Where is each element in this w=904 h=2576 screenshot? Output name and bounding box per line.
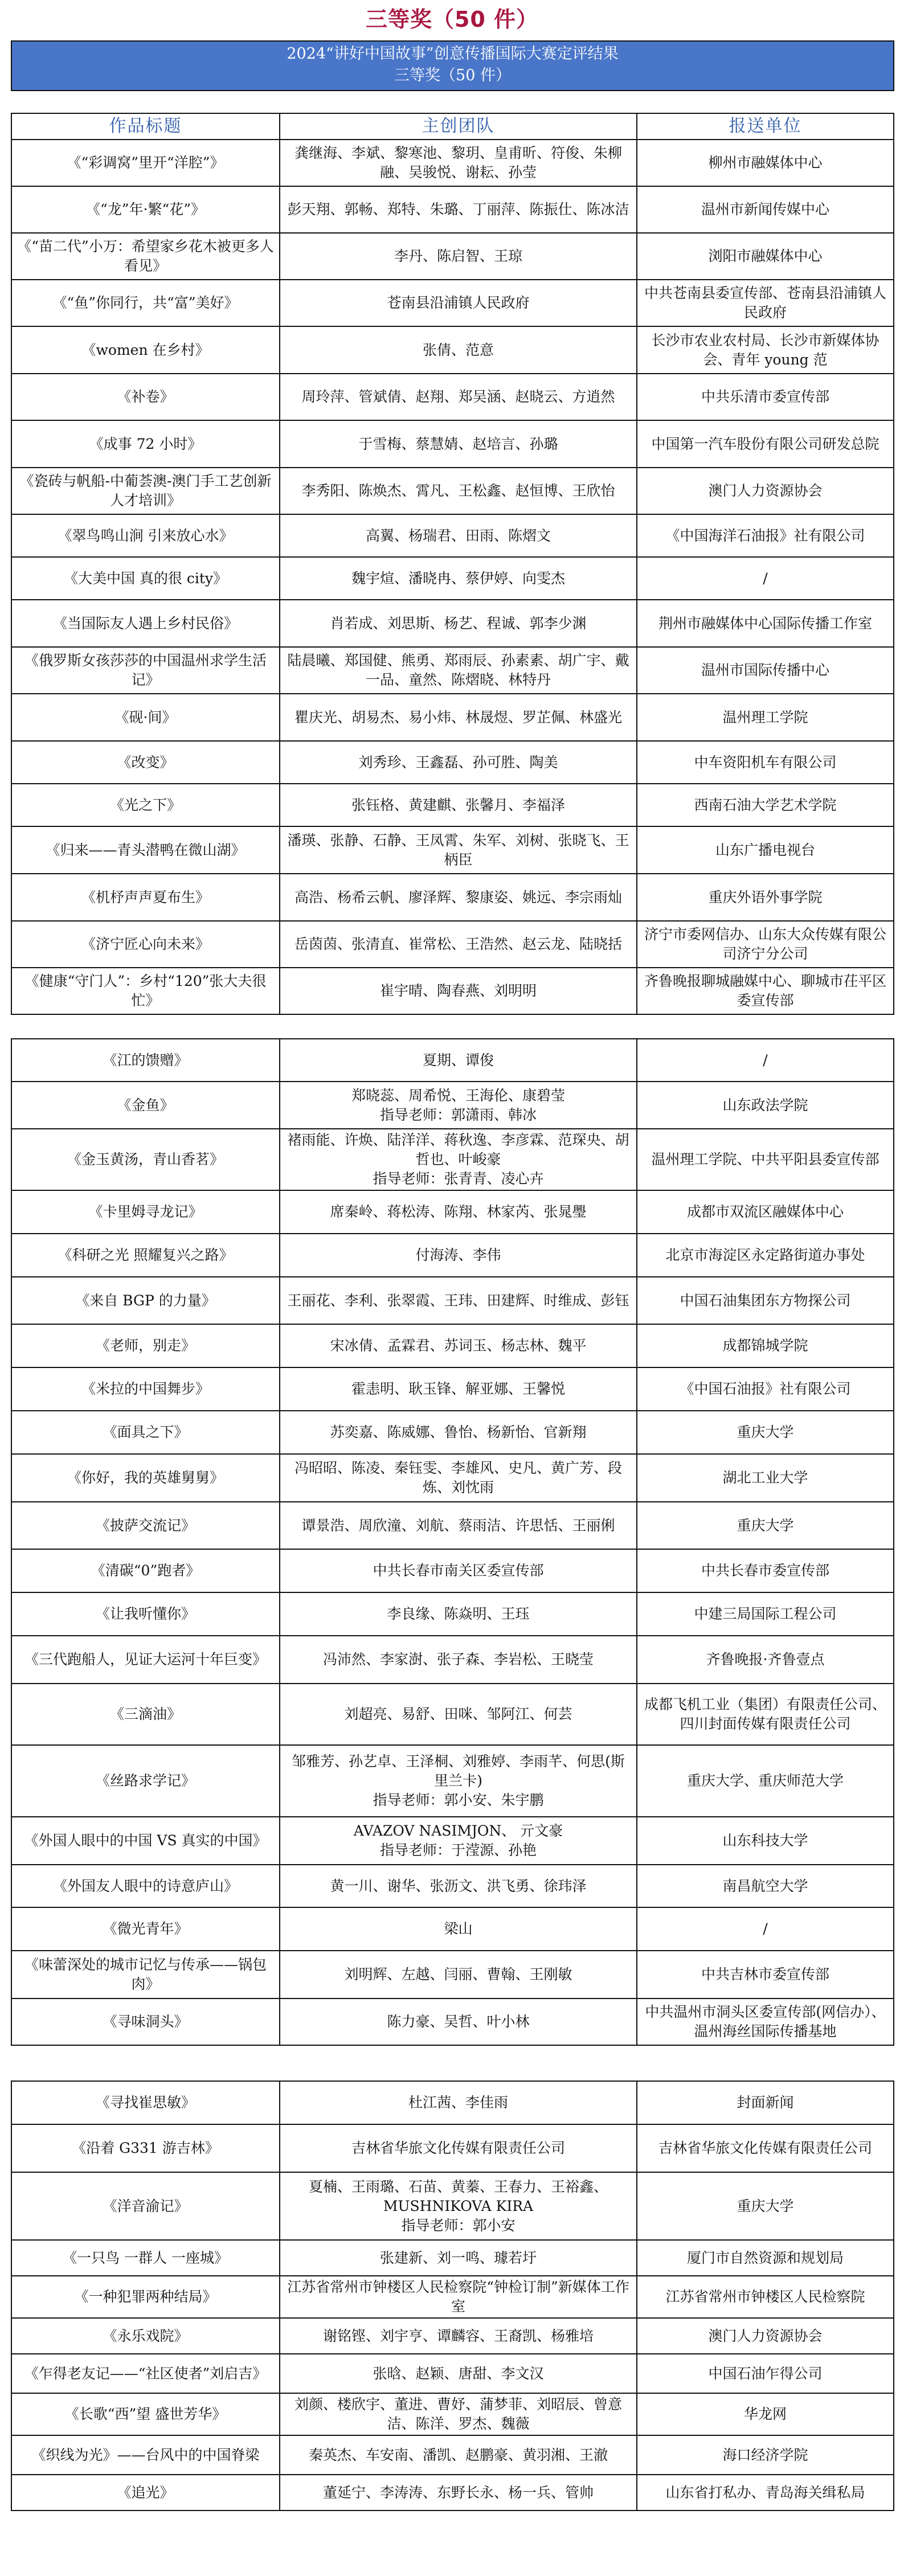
work-title-header: 作品标题 — [11, 113, 280, 140]
submitting-unit-cell: 西南石油大学艺术学院 — [637, 784, 894, 826]
team-cell: 李丹、陈启智、王琼 — [280, 233, 637, 280]
team-cell: 席秦岭、蒋松涛、陈翔、林家芮、张晁璺 — [280, 1190, 637, 1234]
submitting-unit-cell: 山东政法学院 — [637, 1082, 894, 1129]
team-cell: 张建新、刘一鸣、璩若圩 — [280, 2240, 637, 2276]
work-title-cell: 《永乐戏院》 — [11, 2318, 280, 2354]
team-cell: 张倩、范意 — [280, 326, 637, 374]
team-cell: 谢铭铿、刘宇亨、谭麟容、王裔凯、杨雅培 — [280, 2318, 637, 2354]
submitting-unit-cell: 荆州市融媒体中心国际传播工作室 — [637, 600, 894, 647]
submitting-unit-cell: 北京市海淀区永定路街道办事处 — [637, 1234, 894, 1277]
team-cell: 夏楠、王雨璐、石苗、黄蓁、王春力、王裕鑫、MUSHNIKOVA KIRA指导老师… — [280, 2172, 637, 2240]
team-line: 张倩、范意 — [285, 341, 632, 360]
work-title-cell: 《外国人眼中的中国 VS 真实的中国》 — [11, 1817, 280, 1865]
work-title-cell: 《健康“守门人”：乡村“120”张大夫很忙》 — [11, 968, 280, 1014]
table-row: 《三代跑船人，见证大运河十年巨变》冯沛然、李家澍、张子森、李岩松、王晓莹齐鲁晚报… — [11, 1636, 894, 1684]
table-row: 《俄罗斯女孩莎莎的中国温州求学生活记》陆晨曦、郑国健、熊勇、郑雨辰、孙素素、胡广… — [11, 647, 894, 694]
submitting-unit-cell: 齐鲁晚报·齐鲁壹点 — [637, 1636, 894, 1684]
work-title-cell: 《“龙”年·繁“花”》 — [11, 186, 280, 233]
team-cell: 刘秀珍、王鑫磊、孙可胜、陶美 — [280, 741, 637, 784]
table-row: 《卡里姆寻龙记》席秦岭、蒋松涛、陈翔、林家芮、张晁璺成都市双流区融媒体中心 — [11, 1190, 894, 1234]
table-row: 《让我听懂你》李良缘、陈焱明、王珏中建三局国际工程公司 — [11, 1592, 894, 1636]
team-cell: 霍恚明、耿玉锋、解亚娜、王馨悦 — [280, 1367, 637, 1411]
work-title-cell: 《寻味洞头》 — [11, 1998, 280, 2045]
submitting-unit-cell: 中国第一汽车股份有限公司研发总院 — [637, 420, 894, 468]
team-line: 郑晓蕊、周希悦、王海伦、康碧莹 — [285, 1086, 632, 1105]
submitting-unit-cell: 柳州市融媒体中心 — [637, 140, 894, 186]
work-title-cell: 《“鱼”你同行，共“富”美好》 — [11, 280, 280, 326]
submitting-unit-cell: / — [637, 1039, 894, 1082]
table-row: 《长歌“西”望 盛世芳华》刘颜、楼欣宇、董进、曹妤、蒲梦菲、刘昭辰、曾意洁、陈洋… — [11, 2393, 894, 2435]
submitting-unit-cell: 江苏省常州市钟楼区人民检察院 — [637, 2276, 894, 2318]
table-row: 《women 在乡村》张倩、范意长沙市农业农村局、长沙市新媒体协会、青年 you… — [11, 326, 894, 374]
team-line: 高翼、杨瑞君、田雨、陈熠文 — [285, 526, 632, 546]
team-line: 张钰格、黄建麒、张馨月、李福泽 — [285, 796, 632, 815]
team-cell: 刘颜、楼欣宇、董进、曹妤、蒲梦菲、刘昭辰、曾意洁、陈洋、罗杰、魏薇 — [280, 2393, 637, 2435]
team-cell: 郑晓蕊、周希悦、王海伦、康碧莹指导老师：郭潇雨、韩冰 — [280, 1082, 637, 1129]
work-title-cell: 《微光青年》 — [11, 1907, 280, 1951]
submitting-unit-cell: 封面新闻 — [637, 2081, 894, 2124]
team-line: 夏期、谭俊 — [285, 1051, 632, 1070]
table-row: 《微光青年》梁山/ — [11, 1907, 894, 1951]
team-line: 夏楠、王雨璐、石苗、黄蓁、王春力、王裕鑫、 — [285, 2177, 632, 2197]
table-row: 《永乐戏院》谢铭铿、刘宇亨、谭麟容、王裔凯、杨雅培澳门人力资源协会 — [11, 2318, 894, 2354]
table-row: 《丝路求学记》邹雅芳、孙艺卓、王泽桐、刘雅婷、李雨芊、何思(斯里兰卡)指导老师：… — [11, 1745, 894, 1817]
team-line: 陆晨曦、郑国健、熊勇、郑雨辰、孙素素、胡广宇、戴一品、童然、陈熠晓、林特丹 — [285, 651, 632, 690]
work-title-cell: 《米拉的中国舞步》 — [11, 1367, 280, 1411]
team-cell: 梁山 — [280, 1907, 637, 1951]
table-row: 《当国际友人遇上乡村民俗》肖若成、刘思斯、杨艺、程诚、郭李少渊荆州市融媒体中心国… — [11, 600, 894, 647]
team-line: 张建新、刘一鸣、璩若圩 — [285, 2249, 632, 2268]
team-line: 梁山 — [285, 1919, 632, 1939]
submitting-unit-cell: 厦门市自然资源和规划局 — [637, 2240, 894, 2276]
team-cell: 付海涛、李伟 — [280, 1234, 637, 1277]
submitting-unit-cell: 中共温州市洞头区委宣传部(网信办）、温州海丝国际传播基地 — [637, 1998, 894, 2045]
table-row: 《追光》董延宁、李涛涛、东野长永、杨一兵、管帅山东省打私办、青岛海关缉私局 — [11, 2475, 894, 2511]
team-line: 吉林省华旅文化传媒有限责任公司 — [285, 2139, 632, 2158]
table-row: 《“彩调窝”里开“洋腔”》龚继海、李斌、黎寒池、黎玥、皇甫昕、符俊、朱柳融、吴骏… — [11, 140, 894, 186]
team-cell: 董延宁、李涛涛、东野长永、杨一兵、管帅 — [280, 2475, 637, 2511]
team-cell: 黄一川、谢华、张沥文、洪飞勇、徐玮泽 — [280, 1865, 637, 1907]
team-cell: 周玲萍、管斌倩、赵翔、郑吴涵、赵晓云、方逍然 — [280, 374, 637, 420]
table-row: 《一种犯罪两种结局》江苏省常州市钟楼区人民检察院“钟检订制”新媒体工作室江苏省常… — [11, 2276, 894, 2318]
work-title-cell: 《成事 72 小时》 — [11, 420, 280, 468]
table-row: 《机杼声声夏布生》高浩、杨希云帆、廖泽辉、黎康姿、姚远、李宗雨灿重庆外语外事学院 — [11, 874, 894, 921]
submitting-unit-cell: 澳门人力资源协会 — [637, 468, 894, 514]
work-title-cell: 《科研之光 照耀复兴之路》 — [11, 1234, 280, 1277]
page-title: 三等奖（50 件） — [0, 6, 904, 33]
team-cell: 苏奕嘉、陈威娜、鲁怡、杨新怡、官新翔 — [280, 1411, 637, 1454]
submitting-unit-cell: 中国石油集团东方物探公司 — [637, 1277, 894, 1324]
team-cell: 中共长春市南关区委宣传部 — [280, 1549, 637, 1592]
team-cell: 秦英杰、车安南、潘凯、赵鹏豪、黄羽湘、王澈 — [280, 2435, 637, 2475]
team-line: 中共长春市南关区委宣传部 — [285, 1561, 632, 1580]
team-line: 李秀阳、陈焕杰、霄凡、王松鑫、赵恒博、王欣怡 — [285, 481, 632, 501]
table-row: 《乍得老友记——“社区使者”刘启吉》张晗、赵颖、唐甜、李文汉中国石油乍得公司 — [11, 2354, 894, 2393]
team-line: 指导老师：于滢源、孙艳 — [285, 1841, 632, 1860]
team-header: 主创团队 — [280, 113, 637, 140]
team-line: 彭天翔、郭畅、郑特、朱璐、丁丽萍、陈振仕、陈冰洁 — [285, 200, 632, 219]
team-line: 指导老师：郭小安 — [285, 2216, 632, 2235]
submitting-unit-cell: 中国石油乍得公司 — [637, 2354, 894, 2393]
team-cell: 李秀阳、陈焕杰、霄凡、王松鑫、赵恒博、王欣怡 — [280, 468, 637, 514]
submitting-unit-cell: 浏阳市融媒体中心 — [637, 233, 894, 280]
team-line: 刘颜、楼欣宇、董进、曹妤、蒲梦菲、刘昭辰、曾意洁、陈洋、罗杰、魏薇 — [285, 2395, 632, 2434]
submitting-unit-cell: 成都锦城学院 — [637, 1324, 894, 1367]
work-title-cell: 《三代跑船人，见证大运河十年巨变》 — [11, 1636, 280, 1684]
submitting-unit-cell: 温州市国际传播中心 — [637, 647, 894, 694]
team-line: 崔宇晴、陶春燕、刘明明 — [285, 981, 632, 1001]
submitting-unit-cell: 山东省打私办、青岛海关缉私局 — [637, 2475, 894, 2511]
team-cell: 高翼、杨瑞君、田雨、陈熠文 — [280, 514, 637, 557]
work-title-cell: 《“苗二代”小万：希望家乡花木被更多人看见》 — [11, 233, 280, 280]
team-cell: 瞿庆光、胡易杰、易小炜、林晟煜、罗芷佩、林盛光 — [280, 694, 637, 741]
work-title-cell: 《外国友人眼中的诗意庐山》 — [11, 1865, 280, 1907]
submitting-unit-cell: 济宁市委网信办、山东大众传媒有限公司济宁分公司 — [637, 921, 894, 968]
team-cell: 宋冰倩、孟霖君、苏词玉、杨志林、魏平 — [280, 1324, 637, 1367]
submitting-unit-cell: 华龙网 — [637, 2393, 894, 2435]
results-banner: 2024“讲好中国故事”创意传播国际大赛定评结果 三等奖（50 件） — [11, 40, 894, 91]
team-line: 肖若成、刘思斯、杨艺、程诚、郭李少渊 — [285, 614, 632, 633]
table-row: 《你好，我的英雄舅舅》冯昭昭、陈凌、秦钰雯、李雄风、史凡、黄广芳、段炼、刘忱雨湖… — [11, 1454, 894, 1502]
table-row: 《三滴油》刘超亮、易舒、田咪、邹阿江、何芸成都飞机工业（集团）有限责任公司、四川… — [11, 1684, 894, 1745]
table-row: 《寻味洞头》陈力豪、吴哲、叶小林中共温州市洞头区委宣传部(网信办）、温州海丝国际… — [11, 1998, 894, 2045]
team-cell: 张钰格、黄建麒、张馨月、李福泽 — [280, 784, 637, 826]
team-line: 江苏省常州市钟楼区人民检察院“钟检订制”新媒体工作室 — [285, 2278, 632, 2316]
submitting-unit-cell: 重庆外语外事学院 — [637, 874, 894, 921]
team-cell: 陆晨曦、郑国健、熊勇、郑雨辰、孙素素、胡广宇、戴一品、童然、陈熠晓、林特丹 — [280, 647, 637, 694]
submitting-unit-cell: 成都飞机工业（集团）有限责任公司、四川封面传媒有限责任公司 — [637, 1684, 894, 1745]
table-row: 《成事 72 小时》于雪梅、蔡慧婧、赵培言、孙璐中国第一汽车股份有限公司研发总院 — [11, 420, 894, 468]
team-line: 魏宇煊、潘晓冉、蔡伊婷、向雯杰 — [285, 569, 632, 588]
team-cell: 夏期、谭俊 — [280, 1039, 637, 1082]
submitting-unit-cell: 山东科技大学 — [637, 1817, 894, 1865]
team-line: 周玲萍、管斌倩、赵翔、郑吴涵、赵晓云、方逍然 — [285, 387, 632, 407]
submitting-unit-cell: 《中国海洋石油报》社有限公司 — [637, 514, 894, 557]
work-title-cell: 《织线为光》——台风中的中国脊梁 — [11, 2435, 280, 2475]
submitting-unit-cell: 澳门人力资源协会 — [637, 2318, 894, 2354]
table-row: 《改变》刘秀珍、王鑫磊、孙可胜、陶美中车资阳机车有限公司 — [11, 741, 894, 784]
submitting-unit-cell: 重庆大学 — [637, 1411, 894, 1454]
team-line: 董延宁、李涛涛、东野长永、杨一兵、管帅 — [285, 2483, 632, 2503]
team-line: 指导老师：郭潇雨、韩冰 — [285, 1105, 632, 1125]
work-title-cell: 《乍得老友记——“社区使者”刘启吉》 — [11, 2354, 280, 2393]
team-cell: 刘超亮、易舒、田咪、邹阿江、何芸 — [280, 1684, 637, 1745]
submitting-unit-cell: 齐鲁晚报聊城融媒中心、聊城市茌平区委宣传部 — [637, 968, 894, 1014]
team-line: MUSHNIKOVA KIRA — [285, 2197, 632, 2216]
work-title-cell: 《机杼声声夏布生》 — [11, 874, 280, 921]
submitting-unit-cell: 中建三局国际工程公司 — [637, 1592, 894, 1636]
submitting-unit-cell: 吉林省华旅文化传媒有限责任公司 — [637, 2124, 894, 2172]
table-row: 《沿着 G331 游吉林》吉林省华旅文化传媒有限责任公司吉林省华旅文化传媒有限责… — [11, 2124, 894, 2172]
team-line: 李丹、陈启智、王琼 — [285, 247, 632, 266]
work-title-cell: 《翠鸟鸣山涧 引来放心水》 — [11, 514, 280, 557]
team-line: 岳茵茵、张清直、崔常松、王浩然、赵云龙、陆晓括 — [285, 935, 632, 954]
table-row: 《洋音渝记》夏楠、王雨璐、石苗、黄蓁、王春力、王裕鑫、MUSHNIKOVA KI… — [11, 2172, 894, 2240]
team-line: 龚继海、李斌、黎寒池、黎玥、皇甫昕、符俊、朱柳融、吴骏悦、谢耘、孙莹 — [285, 144, 632, 182]
team-line: 宋冰倩、孟霖君、苏词玉、杨志林、魏平 — [285, 1336, 632, 1355]
work-title-cell: 《俄罗斯女孩莎莎的中国温州求学生活记》 — [11, 647, 280, 694]
work-title-cell: 《金鱼》 — [11, 1082, 280, 1129]
work-title-cell: 《金玉黄汤，青山香茗》 — [11, 1129, 280, 1190]
submitting-unit-cell: 重庆大学、重庆师范大学 — [637, 1745, 894, 1817]
table-row: 《光之下》张钰格、黄建麒、张馨月、李福泽西南石油大学艺术学院 — [11, 784, 894, 826]
team-line: 邹雅芳、孙艺卓、王泽桐、刘雅婷、李雨芊、何思(斯里兰卡) — [285, 1752, 632, 1791]
team-line: 王丽花、李利、张翠霞、王玮、田建辉、时维成、彭钰 — [285, 1291, 632, 1310]
work-title-cell: 《面具之下》 — [11, 1411, 280, 1454]
work-title-cell: 《披萨交流记》 — [11, 1502, 280, 1549]
team-cell: 吉林省华旅文化传媒有限责任公司 — [280, 2124, 637, 2172]
work-title-cell: 《济宁匠心向未来》 — [11, 921, 280, 968]
table-row: 《“龙”年·繁“花”》彭天翔、郭畅、郑特、朱璐、丁丽萍、陈振仕、陈冰洁温州市新闻… — [11, 186, 894, 233]
team-line: 席秦岭、蒋松涛、陈翔、林家芮、张晁璺 — [285, 1202, 632, 1222]
work-title-cell: 《归来——青头潜鸭在微山湖》 — [11, 826, 280, 874]
submitting-unit-cell: 重庆大学 — [637, 2172, 894, 2240]
work-title-cell: 《长歌“西”望 盛世芳华》 — [11, 2393, 280, 2435]
submitting-unit-cell: 山东广播电视台 — [637, 826, 894, 874]
team-line: 谭景浩、周欣潼、刘航、蔡雨洁、许思恬、王丽俐 — [285, 1516, 632, 1535]
team-cell: 苍南县沿浦镇人民政府 — [280, 280, 637, 326]
table-row: 《织线为光》——台风中的中国脊梁秦英杰、车安南、潘凯、赵鹏豪、黄羽湘、王澈海口经… — [11, 2435, 894, 2475]
work-title-cell: 《瓷砖与帆船-中葡荟澳-澳门手工艺创新人才培训》 — [11, 468, 280, 514]
work-title-cell: 《寻找崔思敏》 — [11, 2081, 280, 2124]
submitting-unit-cell: 湖北工业大学 — [637, 1454, 894, 1502]
awards-table-segment: 《江的馈赠》夏期、谭俊/《金鱼》郑晓蕊、周希悦、王海伦、康碧莹指导老师：郭潇雨、… — [11, 1038, 894, 2046]
submitting-unit-cell: 中共吉林市委宣传部 — [637, 1951, 894, 1998]
team-line: 刘超亮、易舒、田咪、邹阿江、何芸 — [285, 1705, 632, 1724]
work-title-cell: 《补卷》 — [11, 374, 280, 420]
work-title-cell: 《一只鸟 一群人 一座城》 — [11, 2240, 280, 2276]
work-title-cell: 《来自 BGP 的力量》 — [11, 1277, 280, 1324]
team-cell: 潘瑛、张静、石静、王凤霄、朱军、刘树、张晓飞、王柄臣 — [280, 826, 637, 874]
table-row: 《科研之光 照耀复兴之路》付海涛、李伟北京市海淀区永定路街道办事处 — [11, 1234, 894, 1277]
team-cell: 张晗、赵颖、唐甜、李文汉 — [280, 2354, 637, 2393]
work-title-cell: 《砚·间》 — [11, 694, 280, 741]
team-line: 于雪梅、蔡慧婧、赵培言、孙璐 — [285, 435, 632, 454]
submitting-unit-cell: 南昌航空大学 — [637, 1865, 894, 1907]
work-title-cell: 《当国际友人遇上乡村民俗》 — [11, 600, 280, 647]
team-cell: 刘明辉、左越、闫丽、曹翰、王刚敏 — [280, 1951, 637, 1998]
team-line: 冯沛然、李家澍、张子森、李岩松、王晓莹 — [285, 1650, 632, 1669]
work-title-cell: 《你好，我的英雄舅舅》 — [11, 1454, 280, 1502]
work-title-cell: 《洋音渝记》 — [11, 2172, 280, 2240]
table-row: 《米拉的中国舞步》霍恚明、耿玉锋、解亚娜、王馨悦《中国石油报》社有限公司 — [11, 1367, 894, 1411]
submitting-unit-cell: / — [637, 1907, 894, 1951]
table-row: 《翠鸟鸣山涧 引来放心水》高翼、杨瑞君、田雨、陈熠文《中国海洋石油报》社有限公司 — [11, 514, 894, 557]
work-title-cell: 《味蕾深处的城市记忆与传承——锅包肉》 — [11, 1951, 280, 1998]
table-row: 《披萨交流记》谭景浩、周欣潼、刘航、蔡雨洁、许思恬、王丽俐重庆大学 — [11, 1502, 894, 1549]
table-row: 《金玉黄汤，青山香茗》褚雨能、许焕、陆洋洋、蒋秋逸、李彦霖、范琛央、胡哲也、叶峻… — [11, 1129, 894, 1190]
unit-header: 报送单位 — [637, 113, 894, 140]
submitting-unit-cell: 成都市双流区融媒体中心 — [637, 1190, 894, 1234]
submitting-unit-cell: 《中国石油报》社有限公司 — [637, 1367, 894, 1411]
table-row: 《味蕾深处的城市记忆与传承——锅包肉》刘明辉、左越、闫丽、曹翰、王刚敏中共吉林市… — [11, 1951, 894, 1998]
work-title-cell: 《光之下》 — [11, 784, 280, 826]
table-row: 《外国人眼中的中国 VS 真实的中国》AVAZOV NASIMJON、 亓文豪指… — [11, 1817, 894, 1865]
submitting-unit-cell: 中共长春市委宣传部 — [637, 1549, 894, 1592]
work-title-cell: 《women 在乡村》 — [11, 326, 280, 374]
team-cell: 魏宇煊、潘晓冉、蔡伊婷、向雯杰 — [280, 557, 637, 600]
submitting-unit-cell: 中车资阳机车有限公司 — [637, 741, 894, 784]
table-row: 《补卷》周玲萍、管斌倩、赵翔、郑吴涵、赵晓云、方逍然中共乐清市委宣传部 — [11, 374, 894, 420]
team-line: 瞿庆光、胡易杰、易小炜、林晟煜、罗芷佩、林盛光 — [285, 708, 632, 727]
work-title-cell: 《卡里姆寻龙记》 — [11, 1190, 280, 1234]
work-title-cell: 《三滴油》 — [11, 1684, 280, 1745]
table-row: 《一只鸟 一群人 一座城》张建新、刘一鸣、璩若圩厦门市自然资源和规划局 — [11, 2240, 894, 2276]
work-title-cell: 《改变》 — [11, 741, 280, 784]
submitting-unit-cell: 重庆大学 — [637, 1502, 894, 1549]
team-line: 指导老师：郭小安、朱宇鹏 — [285, 1791, 632, 1810]
work-title-cell: 《“彩调窝”里开“洋腔”》 — [11, 140, 280, 186]
work-title-cell: 《清碳“0”跑者》 — [11, 1549, 280, 1592]
submitting-unit-cell: 温州理工学院、中共平阳县委宣传部 — [637, 1129, 894, 1190]
submitting-unit-cell: 温州市新闻传媒中心 — [637, 186, 894, 233]
team-cell: 冯沛然、李家澍、张子森、李岩松、王晓莹 — [280, 1636, 637, 1684]
team-line: 潘瑛、张静、石静、王凤霄、朱军、刘树、张晓飞、王柄臣 — [285, 831, 632, 870]
table-row: 《面具之下》苏奕嘉、陈威娜、鲁怡、杨新怡、官新翔重庆大学 — [11, 1411, 894, 1454]
team-cell: 褚雨能、许焕、陆洋洋、蒋秋逸、李彦霖、范琛央、胡哲也、叶峻豪指导老师：张青青、凌… — [280, 1129, 637, 1190]
table-row: 《砚·间》瞿庆光、胡易杰、易小炜、林晟煜、罗芷佩、林盛光温州理工学院 — [11, 694, 894, 741]
table-row: 《瓷砖与帆船-中葡荟澳-澳门手工艺创新人才培训》李秀阳、陈焕杰、霄凡、王松鑫、赵… — [11, 468, 894, 514]
team-line: 霍恚明、耿玉锋、解亚娜、王馨悦 — [285, 1379, 632, 1399]
team-cell: 李良缘、陈焱明、王珏 — [280, 1592, 637, 1636]
team-cell: 崔宇晴、陶春燕、刘明明 — [280, 968, 637, 1014]
work-title-cell: 《一种犯罪两种结局》 — [11, 2276, 280, 2318]
submitting-unit-cell: 中共乐清市委宣传部 — [637, 374, 894, 420]
team-cell: 王丽花、李利、张翠霞、王玮、田建辉、时维成、彭钰 — [280, 1277, 637, 1324]
team-cell: 于雪梅、蔡慧婧、赵培言、孙璐 — [280, 420, 637, 468]
team-line: 陈力豪、吴哲、叶小林 — [285, 2012, 632, 2032]
team-cell: AVAZOV NASIMJON、 亓文豪指导老师：于滢源、孙艳 — [280, 1817, 637, 1865]
team-line: 黄一川、谢华、张沥文、洪飞勇、徐玮泽 — [285, 1877, 632, 1896]
team-line: 冯昭昭、陈凌、秦钰雯、李雄风、史凡、黄广芳、段炼、刘忱雨 — [285, 1459, 632, 1497]
submitting-unit-cell: 温州理工学院 — [637, 694, 894, 741]
table-row: 《外国友人眼中的诗意庐山》黄一川、谢华、张沥文、洪飞勇、徐玮泽南昌航空大学 — [11, 1865, 894, 1907]
table-row: 《济宁匠心向未来》岳茵茵、张清直、崔常松、王浩然、赵云龙、陆晓括济宁市委网信办、… — [11, 921, 894, 968]
team-line: 付海涛、李伟 — [285, 1246, 632, 1265]
team-line: 谢铭铿、刘宇亨、谭麟容、王裔凯、杨雅培 — [285, 2327, 632, 2346]
team-line: 刘秀珍、王鑫磊、孙可胜、陶美 — [285, 753, 632, 772]
team-cell: 邹雅芳、孙艺卓、王泽桐、刘雅婷、李雨芊、何思(斯里兰卡)指导老师：郭小安、朱宇鹏 — [280, 1745, 637, 1817]
table-row: 《归来——青头潜鸭在微山湖》潘瑛、张静、石静、王凤霄、朱军、刘树、张晓飞、王柄臣… — [11, 826, 894, 874]
team-line: AVAZOV NASIMJON、 亓文豪 — [285, 1821, 632, 1841]
banner-title: 2024“讲好中国故事”创意传播国际大赛定评结果 — [12, 43, 893, 65]
team-cell: 高浩、杨希云帆、廖泽辉、黎康姿、姚远、李宗雨灿 — [280, 874, 637, 921]
team-cell: 江苏省常州市钟楼区人民检察院“钟检订制”新媒体工作室 — [280, 2276, 637, 2318]
team-line: 刘明辉、左越、闫丽、曹翰、王刚敏 — [285, 1965, 632, 1984]
table-row: 《老师，别走》宋冰倩、孟霖君、苏词玉、杨志林、魏平成都锦城学院 — [11, 1324, 894, 1367]
team-line: 苏奕嘉、陈威娜、鲁怡、杨新怡、官新翔 — [285, 1423, 632, 1442]
table-row: 《清碳“0”跑者》中共长春市南关区委宣传部中共长春市委宣传部 — [11, 1549, 894, 1592]
table-row: 《寻找崔思敏》杜江茜、李佳雨封面新闻 — [11, 2081, 894, 2124]
team-cell: 陈力豪、吴哲、叶小林 — [280, 1998, 637, 2045]
team-cell: 谭景浩、周欣潼、刘航、蔡雨洁、许思恬、王丽俐 — [280, 1502, 637, 1549]
team-cell: 冯昭昭、陈凌、秦钰雯、李雄风、史凡、黄广芳、段炼、刘忱雨 — [280, 1454, 637, 1502]
work-title-cell: 《丝路求学记》 — [11, 1745, 280, 1817]
team-line: 褚雨能、许焕、陆洋洋、蒋秋逸、李彦霖、范琛央、胡哲也、叶峻豪 — [285, 1131, 632, 1169]
awards-table-segment: 《寻找崔思敏》杜江茜、李佳雨封面新闻《沿着 G331 游吉林》吉林省华旅文化传媒… — [11, 2081, 894, 2511]
team-line: 李良缘、陈焱明、王珏 — [285, 1604, 632, 1624]
banner-subtitle: 三等奖（50 件） — [12, 65, 893, 87]
work-title-cell: 《让我听懂你》 — [11, 1592, 280, 1636]
team-cell: 龚继海、李斌、黎寒池、黎玥、皇甫昕、符俊、朱柳融、吴骏悦、谢耘、孙莹 — [280, 140, 637, 186]
work-title-cell: 《江的馈赠》 — [11, 1039, 280, 1082]
table-row: 《来自 BGP 的力量》王丽花、李利、张翠霞、王玮、田建辉、时维成、彭钰中国石油… — [11, 1277, 894, 1324]
team-line: 苍南县沿浦镇人民政府 — [285, 293, 632, 313]
team-line: 指导老师：张青青、凌心卉 — [285, 1169, 632, 1189]
work-title-cell: 《追光》 — [11, 2475, 280, 2511]
table-row: 《金鱼》郑晓蕊、周希悦、王海伦、康碧莹指导老师：郭潇雨、韩冰山东政法学院 — [11, 1082, 894, 1129]
awards-table-segment: 作品标题主创团队报送单位《“彩调窝”里开“洋腔”》龚继海、李斌、黎寒池、黎玥、皇… — [11, 113, 894, 1015]
team-line: 秦英杰、车安南、潘凯、赵鹏豪、黄羽湘、王澈 — [285, 2446, 632, 2465]
table-row: 《江的馈赠》夏期、谭俊/ — [11, 1039, 894, 1082]
team-line: 杜江茜、李佳雨 — [285, 2093, 632, 2112]
team-line: 张晗、赵颖、唐甜、李文汉 — [285, 2364, 632, 2383]
team-cell: 杜江茜、李佳雨 — [280, 2081, 637, 2124]
submitting-unit-cell: 海口经济学院 — [637, 2435, 894, 2475]
team-cell: 肖若成、刘思斯、杨艺、程诚、郭李少渊 — [280, 600, 637, 647]
work-title-cell: 《老师，别走》 — [11, 1324, 280, 1367]
table-row: 《“鱼”你同行，共“富”美好》苍南县沿浦镇人民政府中共苍南县委宣传部、苍南县沿浦… — [11, 280, 894, 326]
table-row: 《“苗二代”小万：希望家乡花木被更多人看见》李丹、陈启智、王琼浏阳市融媒体中心 — [11, 233, 894, 280]
submitting-unit-cell: 中共苍南县委宣传部、苍南县沿浦镇人民政府 — [637, 280, 894, 326]
table-row: 《健康“守门人”：乡村“120”张大夫很忙》崔宇晴、陶春燕、刘明明齐鲁晚报聊城融… — [11, 968, 894, 1014]
table-header-row: 作品标题主创团队报送单位 — [11, 113, 894, 140]
work-title-cell: 《沿着 G331 游吉林》 — [11, 2124, 280, 2172]
submitting-unit-cell: / — [637, 557, 894, 600]
table-row: 《大美中国 真的很 city》魏宇煊、潘晓冉、蔡伊婷、向雯杰/ — [11, 557, 894, 600]
team-cell: 岳茵茵、张清直、崔常松、王浩然、赵云龙、陆晓括 — [280, 921, 637, 968]
work-title-cell: 《大美中国 真的很 city》 — [11, 557, 280, 600]
team-cell: 彭天翔、郭畅、郑特、朱璐、丁丽萍、陈振仕、陈冰洁 — [280, 186, 637, 233]
submitting-unit-cell: 长沙市农业农村局、长沙市新媒体协会、青年 young 范 — [637, 326, 894, 374]
team-line: 高浩、杨希云帆、廖泽辉、黎康姿、姚远、李宗雨灿 — [285, 888, 632, 907]
